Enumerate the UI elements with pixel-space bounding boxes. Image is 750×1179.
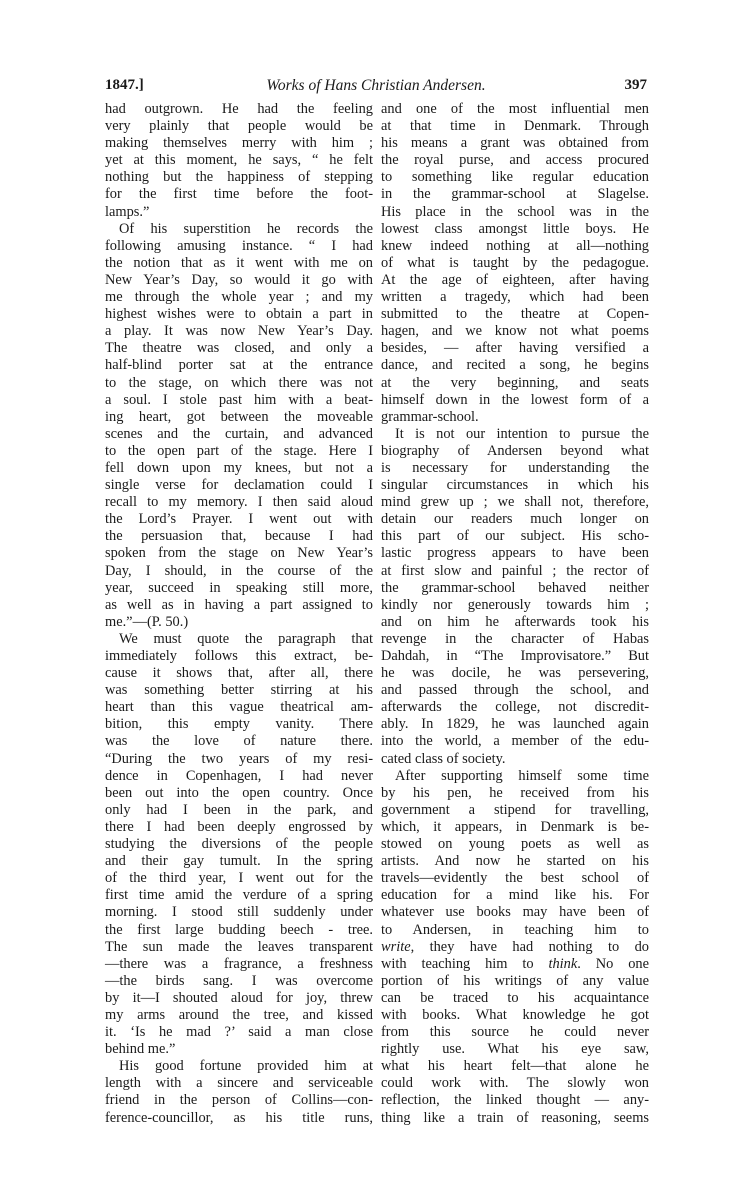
text-line: The sun made the leaves transparent [105,939,373,956]
text-line: for the first time before the foot- [105,186,373,203]
text-line: spoken from the stage on New Year’s [105,545,373,562]
text-line: whatever use books may have been of [381,904,649,921]
text-line: biography of Andersen beyond what [381,443,649,460]
text-line: submitted to the theatre at Copen- [381,306,649,323]
text-line: and their gay tumult. In the spring [105,853,373,870]
text-line: which, it appears, in Denmark is be- [381,819,649,836]
text-line: afterwards the college, not discredit- [381,699,649,716]
text-line: besides, — after having versified a [381,340,649,357]
text-line: the first large budding beech - tree. [105,922,373,939]
text-line: as well as in having a part assigned to [105,597,373,614]
text-line: stowed on young poets as well as [381,836,649,853]
text-line: at the very beginning, and seats [381,375,649,392]
text-line: into the world, a member of the edu- [381,733,649,750]
text-line: with books. What knowledge he got [381,1007,649,1024]
text-line: New Year’s Day, so would it go with [105,272,373,289]
text-line: to the stage, on which there was not [105,375,373,392]
text-line: from this source he could never [381,1024,649,1041]
text-line: by his pen, he received from his [381,785,649,802]
text-line: lastic progress appears to have been [381,545,649,562]
text-line: to the open part of the stage. Here I [105,443,373,460]
text-line: there I had been deeply engrossed by [105,819,373,836]
text-line: write, they have had nothing to do [381,939,649,956]
text-line: he was docile, he was persevering, [381,665,649,682]
text-line: Day, I should, in the course of the [105,563,373,580]
text-line: bition, this empty vanity. There [105,716,373,733]
text-line: yet at this moment, he says, “ he felt [105,152,373,169]
text-line: After supporting himself some time [381,768,649,785]
text-line: We must quote the paragraph that [105,631,373,648]
text-line: very plainly that people would be [105,118,373,135]
text-line: my arms around the tree, and kissed [105,1007,373,1024]
text-line: It is not our intention to pursue the [381,426,649,443]
text-line: rightly use. What his eye saw, [381,1041,649,1058]
text-line: fell down upon my knees, but not a [105,460,373,477]
text-line: making themselves merry with him ; [105,135,373,152]
text-line: thing like a train of reasoning, seems [381,1110,649,1127]
text-line: at first slow and painful ; the rector o… [381,563,649,580]
text-line: detain our readers much longer on [381,511,649,528]
text-line: revenge in the character of Habas [381,631,649,648]
text-line: studying the diversions of the people [105,836,373,853]
text-line: Of his superstition he records the [105,221,373,238]
text-line: hagen, and we know not what poems [381,323,649,340]
text-line: cause it shows that, after all, there [105,665,373,682]
text-line: ably. In 1829, he was launched again [381,716,649,733]
text-line: only had I been in the park, and [105,802,373,819]
text-line: following amusing instance. “ I had [105,238,373,255]
text-line: dance, and recited a song, he begins [381,357,649,374]
text-line: first time amid the verdure of a spring [105,887,373,904]
text-line: heart than this vague theatrical am- [105,699,373,716]
text-line: ference-councillor, as his title runs, [105,1110,373,1127]
text-line: to something like regular education [381,169,649,186]
text-line: reflection, the linked thought — any- [381,1092,649,1109]
text-line: lamps.” [105,204,373,221]
text-line: was something better stirring at his [105,682,373,699]
text-line: immediately follows this extract, be- [105,648,373,665]
text-line: half-blind porter sat at the entrance [105,357,373,374]
text-line: —there was a fragrance, a freshness [105,956,373,973]
text-line: a play. It was now New Year’s Day. [105,323,373,340]
text-line: lowest class amongst little boys. He [381,221,649,238]
text-line: “During the two years of my resi- [105,751,373,768]
text-line: at that time in Denmark. Through [381,118,649,135]
text-line: been out into the open country. Once [105,785,373,802]
text-line: nothing but the happiness of stepping [105,169,373,186]
text-line: dence in Copenhagen, I had never [105,768,373,785]
text-line: ing heart, got between the moveable [105,409,373,426]
text-line: is necessary for understanding the [381,460,649,477]
text-line: single verse for declamation could I [105,477,373,494]
text-line: and on him he afterwards took his [381,614,649,631]
text-line: morning. I stood still suddenly under [105,904,373,921]
text-line: had outgrown. He had the feeling [105,101,373,118]
text-line: singular circumstances in which his [381,477,649,494]
text-line: friend in the person of Collins—con- [105,1092,373,1109]
text-line: could work with. The slowly won [381,1075,649,1092]
text-line: to Andersen, in teaching him to [381,922,649,939]
text-line: the Lord’s Prayer. I went out with [105,511,373,528]
text-line: Dahdah, in “The Improvisatore.” But [381,648,649,665]
text-line: His place in the school was in the [381,204,649,221]
text-line: —the birds sang. I was overcome [105,973,373,990]
text-line: the persuasion that, because I had [105,528,373,545]
text-line: year, succeed in speaking still more, [105,580,373,597]
text-line: knew indeed nothing at all—nothing [381,238,649,255]
text-line: cated class of society. [381,751,649,768]
text-line: mind grew up ; we shall not, therefore, [381,494,649,511]
header-title: Works of Hans Christian Andersen. [105,77,647,95]
right-column: and one of the most influential menat th… [381,101,649,1127]
text-line: himself down in the lowest form of a [381,392,649,409]
text-line: the royal purse, and access procured [381,152,649,169]
text-line: and passed through the school, and [381,682,649,699]
running-header: 1847.] Works of Hans Christian Andersen.… [105,77,647,99]
text-line: the grammar-school behaved neither [381,580,649,597]
left-column: had outgrown. He had the feelingvery pla… [105,101,373,1127]
text-line: it. ‘Is he mad ?’ said a man close [105,1024,373,1041]
text-line: The theatre was closed, and only a [105,340,373,357]
text-line: the notion that as it went with me on [105,255,373,272]
text-line: At the age of eighteen, after having [381,272,649,289]
text-line: what his heart felt—that alone he [381,1058,649,1075]
text-line: highest wishes were to obtain a part in [105,306,373,323]
text-line: and one of the most influential men [381,101,649,118]
text-line: can be traced to his acquaintance [381,990,649,1007]
text-line: me.”—(P. 50.) [105,614,373,631]
text-line: scenes and the curtain, and advanced [105,426,373,443]
text-line: travels—evidently the best school of [381,870,649,887]
text-line: portion of his writings of any value [381,973,649,990]
text-line: by it—I shouted aloud for joy, threw [105,990,373,1007]
text-line: his means a grant was obtained from [381,135,649,152]
text-line: His good fortune provided him at [105,1058,373,1075]
text-line: was the love of nature there. [105,733,373,750]
text-line: recall to my memory. I then said aloud [105,494,373,511]
text-line: in the grammar-school at Slagelse. [381,186,649,203]
text-line: a soul. I stole past him with a beat- [105,392,373,409]
text-line: of the third year, I went out for the [105,870,373,887]
text-line: artists. And now he started on his [381,853,649,870]
page-number: 397 [625,77,648,94]
text-line: grammar-school. [381,409,649,426]
text-line: government a stipend for travelling, [381,802,649,819]
text-line: of what is taught by the pedagogue. [381,255,649,272]
text-line: with teaching him to think. No one [381,956,649,973]
text-line: me through the whole year ; and my [105,289,373,306]
text-line: education for a mind like his. For [381,887,649,904]
text-line: written a tragedy, which had been [381,289,649,306]
text-line: length with a sincere and serviceable [105,1075,373,1092]
text-line: kindly nor generously towards him ; [381,597,649,614]
text-line: behind me.” [105,1041,373,1058]
text-line: this part of our subject. His scho- [381,528,649,545]
